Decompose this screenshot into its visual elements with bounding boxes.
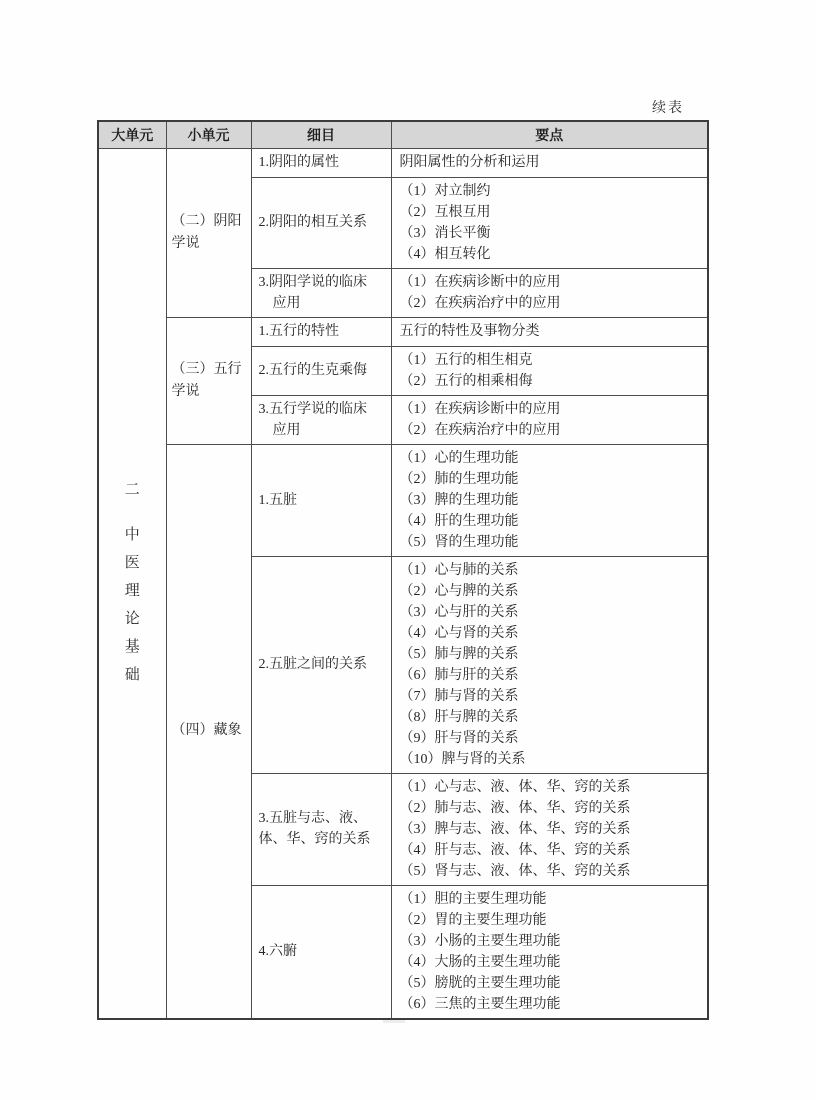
cell-points: （1）对立制约 （2）互根互用 （3）消长平衡 （4）相互转化 (391, 177, 708, 268)
item-text: 3.阴阳学说的临床 应用 (259, 272, 383, 314)
cell-points: （1）心的生理功能 （2）肺的生理功能 （3）脾的生理功能 （4）肝的生理功能 … (391, 444, 708, 556)
major-unit-vertical-text: 二 中 医 理 论 基 础 (99, 483, 166, 683)
point-line: （3）脾与志、液、体、华、窍的关系 (400, 819, 702, 840)
point-line: （8）肝与脾的关系 (400, 707, 702, 728)
major-unit-char: 医 (125, 556, 140, 571)
item-text: 2.阴阳的相互关系 (259, 212, 383, 233)
cell-item: 2.五行的生克乘侮 (251, 346, 391, 395)
point-line: （4）心与肾的关系 (400, 623, 702, 644)
document-page: 续表 大单元 小单元 细目 要点 二 中 医 (0, 0, 816, 1100)
cell-minor-unit-zangxiang: （四）藏象 (166, 444, 251, 1019)
point-line: （3）小肠的主要生理功能 (400, 931, 702, 952)
cell-item: 2.阴阳的相互关系 (251, 177, 391, 268)
point-line: （2）心与脾的关系 (400, 581, 702, 602)
point-line: （4）相互转化 (400, 244, 702, 265)
major-unit-char: 中 (125, 528, 140, 543)
point-line: （4）肝的生理功能 (400, 511, 702, 532)
cell-minor-unit-wuxing: （三）五行学说 (166, 317, 251, 444)
cell-item: 1.五脏 (251, 444, 391, 556)
cell-major-unit: 二 中 医 理 论 基 础 (98, 148, 166, 1019)
point-line: （2）肺与志、液、体、华、窍的关系 (400, 798, 702, 819)
point-line: （3）消长平衡 (400, 223, 702, 244)
cell-item: 1.五行的特性 (251, 317, 391, 346)
point-line: （2）胃的主要生理功能 (400, 910, 702, 931)
major-unit-char: 础 (125, 668, 140, 683)
cell-item: 1.阴阳的属性 (251, 148, 391, 177)
point-line: （1）五行的相生相克 (400, 350, 702, 371)
item-text: 1.五行的特性 (259, 321, 383, 342)
item-text: 2.五行的生克乘侮 (259, 360, 383, 381)
cell-item: 3.五脏与志、液、 体、华、窍的关系 (251, 773, 391, 885)
col-header-points: 要点 (391, 121, 708, 148)
point-line: （2）在疾病治疗中的应用 (400, 293, 702, 314)
point-line: （4）大肠的主要生理功能 (400, 952, 702, 973)
point-line: （6）肺与肝的关系 (400, 665, 702, 686)
point-line: （1）在疾病诊断中的应用 (400, 399, 702, 420)
cell-item: 4.六腑 (251, 885, 391, 1019)
table-row: 二 中 医 理 论 基 础 （二）阴阳学说 1.阴阳的属性 阴阳属性的分析和运用 (98, 148, 708, 177)
point-line: （1）胆的主要生理功能 (400, 889, 702, 910)
point-line: （5）肾的生理功能 (400, 532, 702, 553)
header-row: 大单元 小单元 细目 要点 (98, 121, 708, 148)
point-line: （5）肺与脾的关系 (400, 644, 702, 665)
point-line: （2）五行的相乘相侮 (400, 371, 702, 392)
item-text: 1.阴阳的属性 (259, 152, 383, 173)
major-unit-char: 基 (125, 640, 140, 655)
point-line: （5）肾与志、液、体、华、窍的关系 (400, 861, 702, 882)
col-header-major-unit: 大单元 (98, 121, 166, 148)
table-row: （三）五行学说 1.五行的特性 五行的特性及事物分类 (98, 317, 708, 346)
point-line: （1）对立制约 (400, 181, 702, 202)
scan-artifact (383, 1020, 405, 1023)
major-unit-number: 二 (125, 483, 140, 498)
cell-points: （1）在疾病诊断中的应用 （2）在疾病治疗中的应用 (391, 268, 708, 317)
cell-points: （1）心与肺的关系 （2）心与脾的关系 （3）心与肝的关系 （4）心与肾的关系 … (391, 556, 708, 773)
cell-points: （1）心与志、液、体、华、窍的关系 （2）肺与志、液、体、华、窍的关系 （3）脾… (391, 773, 708, 885)
cell-points: （1）在疾病诊断中的应用 （2）在疾病治疗中的应用 (391, 395, 708, 444)
cell-item: 3.阴阳学说的临床 应用 (251, 268, 391, 317)
exam-outline-table: 大单元 小单元 细目 要点 二 中 医 理 论 基 础 (97, 120, 709, 1020)
point-line: （2）在疾病治疗中的应用 (400, 420, 702, 441)
point-line: （3）脾的生理功能 (400, 490, 702, 511)
point-line: （5）膀胱的主要生理功能 (400, 973, 702, 994)
point-line: （2）肺的生理功能 (400, 469, 702, 490)
col-header-item: 细目 (251, 121, 391, 148)
col-header-minor-unit: 小单元 (166, 121, 251, 148)
point-line: 阴阳属性的分析和运用 (400, 152, 702, 173)
point-line: （1）心的生理功能 (400, 448, 702, 469)
point-line: 五行的特性及事物分类 (400, 321, 702, 342)
point-line: （10）脾与肾的关系 (400, 749, 702, 770)
cell-item: 2.五脏之间的关系 (251, 556, 391, 773)
point-line: （1）心与志、液、体、华、窍的关系 (400, 777, 702, 798)
point-line: （6）三焦的主要生理功能 (400, 994, 702, 1015)
item-text: 3.五脏与志、液、 体、华、窍的关系 (259, 808, 383, 850)
cell-points: 阴阳属性的分析和运用 (391, 148, 708, 177)
point-line: （1）心与肺的关系 (400, 560, 702, 581)
item-text: 4.六腑 (259, 941, 383, 962)
point-line: （2）互根互用 (400, 202, 702, 223)
cell-points: 五行的特性及事物分类 (391, 317, 708, 346)
cell-points: （1）胆的主要生理功能 （2）胃的主要生理功能 （3）小肠的主要生理功能 （4）… (391, 885, 708, 1019)
continued-table-label: 续表 (652, 97, 684, 117)
point-line: （7）肺与肾的关系 (400, 686, 702, 707)
major-unit-char: 论 (125, 612, 140, 627)
item-text: 1.五脏 (259, 490, 383, 511)
table-row: （四）藏象 1.五脏 （1）心的生理功能 （2）肺的生理功能 （3）脾的生理功能… (98, 444, 708, 556)
cell-points: （1）五行的相生相克 （2）五行的相乘相侮 (391, 346, 708, 395)
point-line: （1）在疾病诊断中的应用 (400, 272, 702, 293)
item-text: 2.五脏之间的关系 (259, 654, 383, 675)
cell-minor-unit-yinyang: （二）阴阳学说 (166, 148, 251, 317)
point-line: （3）心与肝的关系 (400, 602, 702, 623)
point-line: （9）肝与肾的关系 (400, 728, 702, 749)
item-text: 3.五行学说的临床 应用 (259, 399, 383, 441)
major-unit-char: 理 (125, 584, 140, 599)
cell-item: 3.五行学说的临床 应用 (251, 395, 391, 444)
point-line: （4）肝与志、液、体、华、窍的关系 (400, 840, 702, 861)
